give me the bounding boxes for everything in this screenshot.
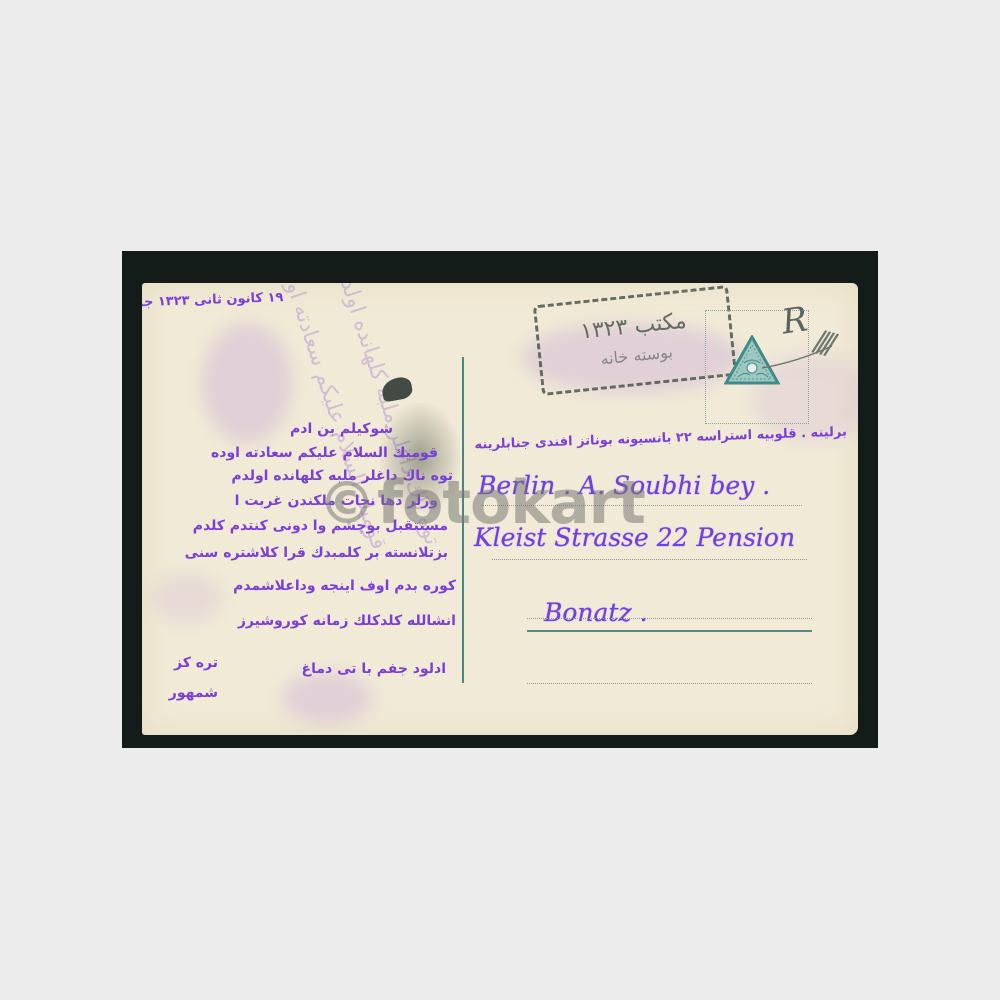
address-rule-4	[527, 683, 812, 684]
date-line: ١٩ كانون ثانی ١٣٢٣ جمعه	[142, 290, 283, 311]
registration-mark: R	[779, 299, 810, 342]
message-line: شوكيلم بن ادم	[290, 421, 393, 437]
watermark-text: fotokart	[377, 468, 645, 538]
message-line: قوميك السلام عليكم سعادته اوده	[211, 445, 438, 461]
message-line: شمهور	[169, 685, 218, 701]
ink-blot	[202, 323, 292, 443]
pencil-stroke-icon	[757, 338, 837, 378]
message-line: تره كز	[174, 655, 218, 671]
address-line-3: Bonatz .	[544, 598, 648, 627]
address-rule-3	[527, 618, 812, 619]
address-ottoman-line: برلينه . قلوبيه استراسه ۲۲ بانسيونه بونا…	[482, 425, 847, 453]
copyright-icon: ©	[318, 469, 375, 537]
message-line: ادلود جفم با تی دماغ	[302, 661, 446, 677]
message-line: كوره بدم اوف اينجه وداعلاشمدم	[233, 578, 456, 594]
address-rule-3-solid	[527, 630, 812, 632]
watermark: ©fotokart	[318, 468, 645, 538]
address-rule-2	[492, 559, 807, 560]
message-line: بزتلانسته بر كلمبدك قرا كلاشتره سنی	[185, 545, 448, 561]
ink-blot	[152, 573, 222, 623]
message-line: انشالله كلدكلك زمانه كوروشيرز	[238, 613, 456, 629]
ink-blot	[282, 673, 372, 723]
